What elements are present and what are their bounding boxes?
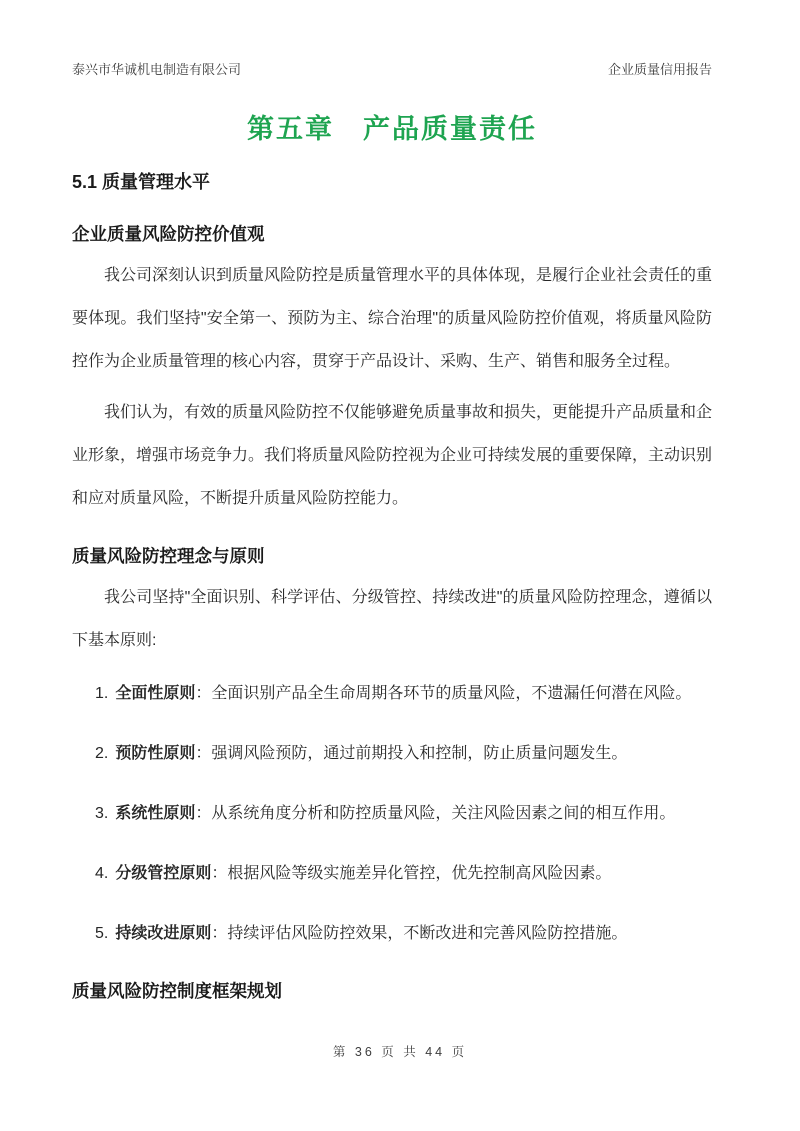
report-page: 泰兴市华诚机电制造有限公司 企业质量信用报告 第五章 产品质量责任 5.1 质量…: [0, 0, 800, 1131]
header-company-name: 泰兴市华诚机电制造有限公司: [72, 62, 241, 78]
list-item-text: ：全面识别产品全生命周期各环节的质量风险，不遗漏任何潜在风险。: [195, 685, 691, 702]
page-number: 第 36 页 共 44 页: [0, 1042, 800, 1060]
list-item-number: 5.: [95, 925, 108, 942]
header-report-title: 企业质量信用报告: [608, 62, 712, 78]
list-item-term: 分级管控原则: [115, 865, 211, 882]
subsection-heading-values: 企业质量风险防控价值观: [72, 222, 712, 246]
subsection-heading-framework: 质量风险防控制度框架规划: [72, 979, 712, 1003]
list-item: 4.分级管控原则：根据风险等级实施差异化管控，优先控制高风险因素。: [95, 852, 712, 895]
list-item: 2.预防性原则：强调风险预防，通过前期投入和控制，防止质量问题发生。: [95, 732, 712, 775]
list-item-term: 预防性原则: [115, 745, 195, 762]
values-paragraph-2: 我们认为，有效的质量风险防控不仅能够避免质量事故和损失，更能提升产品质量和企 业…: [72, 391, 712, 520]
list-item: 3.系统性原则：从系统角度分析和防控质量风险，关注风险因素之间的相互作用。: [95, 792, 712, 835]
chapter-title: 第五章 产品质量责任: [72, 110, 712, 148]
list-item-text: ：持续评估风险防控效果，不断改进和完善风险防控措施。: [211, 925, 627, 942]
list-item-text: ：根据风险等级实施差异化管控，优先控制高风险因素。: [211, 865, 611, 882]
list-item-text: ：从系统角度分析和防控质量风险，关注风险因素之间的相互作用。: [195, 805, 675, 822]
list-item-term: 持续改进原则: [115, 925, 211, 942]
principles-intro-paragraph: 我公司坚持"全面识别、科学评估、分级管控、持续改进"的质量风险防控理念，遵循以下…: [72, 576, 712, 662]
list-item-term: 全面性原则: [115, 685, 195, 702]
list-item-text: ：强调风险预防，通过前期投入和控制，防止质量问题发生。: [195, 745, 627, 762]
list-item-term: 系统性原则: [115, 805, 195, 822]
principles-list: 1.全面性原则：全面识别产品全生命周期各环节的质量风险，不遗漏任何潜在风险。 2…: [72, 672, 712, 955]
list-item-number: 1.: [95, 685, 108, 702]
list-item-number: 2.: [95, 745, 108, 762]
page-header: 泰兴市华诚机电制造有限公司 企业质量信用报告: [72, 62, 712, 78]
section-title: 5.1 质量管理水平: [72, 170, 712, 194]
subsection-heading-principles: 质量风险防控理念与原则: [72, 544, 712, 568]
list-item-number: 4.: [95, 865, 108, 882]
list-item: 5.持续改进原则：持续评估风险防控效果，不断改进和完善风险防控措施。: [95, 912, 712, 955]
list-item-number: 3.: [95, 805, 108, 822]
list-item: 1.全面性原则：全面识别产品全生命周期各环节的质量风险，不遗漏任何潜在风险。: [95, 672, 712, 715]
values-paragraph-1: 我公司深刻认识到质量风险防控是质量管理水平的具体体现，是履行企业社会责任的重要体…: [72, 254, 712, 383]
